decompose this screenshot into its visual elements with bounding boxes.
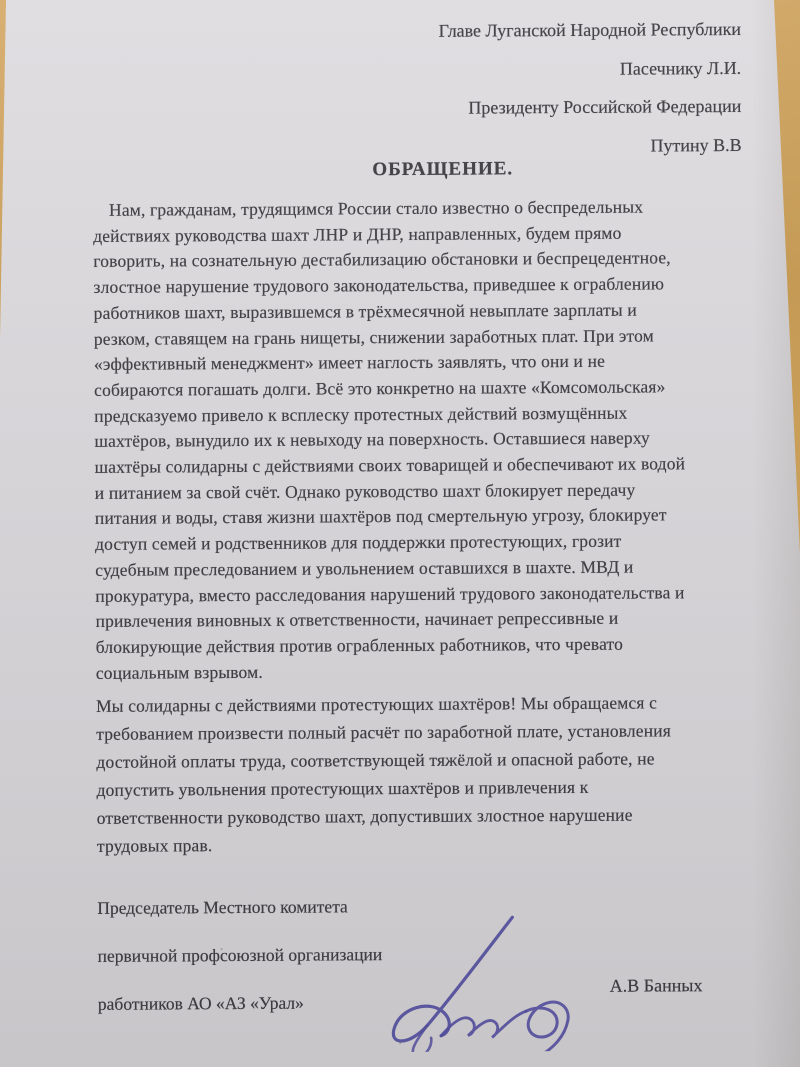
paper-sheet: Главе Луганской Народной Республики Пасе…	[0, 0, 800, 1067]
signature-title-line: Председатель Местного комитета	[97, 896, 348, 919]
photo-background: { "letter": { "recipients": [ "Главе Луг…	[0, 0, 800, 1067]
signatory-name: А.В Банных	[610, 975, 703, 997]
paper-speck	[221, 948, 223, 950]
recipient-line: Главе Луганской Народной Республики	[438, 10, 741, 50]
signature-title-line: первичной профсоюзной организации	[98, 944, 383, 967]
signature-title-line: работников АО «АЗ «Урал»	[98, 993, 304, 1015]
recipient-line: Президенту Российской Федерации	[439, 87, 742, 127]
body-paragraph-2: Мы солидарны с действиями протестующих ш…	[96, 688, 797, 860]
handwritten-signature	[374, 911, 575, 1052]
body-paragraph-1: Нам, гражданам, трудящимся России стало …	[93, 194, 796, 687]
recipient-line: Пасечнику Л.И.	[439, 48, 742, 88]
recipients-block: Главе Луганской Народной Республики Пасе…	[438, 10, 741, 166]
letter-title: ОБРАЩЕНИЕ.	[328, 158, 558, 181]
letter-content: Главе Луганской Народной Республики Пасе…	[0, 0, 800, 1067]
paper-speck	[399, 1042, 401, 1044]
